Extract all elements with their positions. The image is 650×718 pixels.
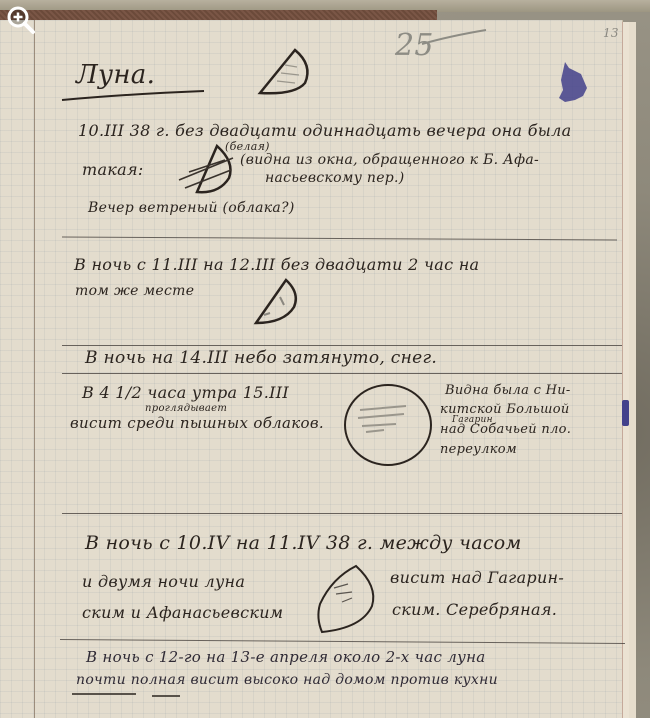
zoom-in-button[interactable]	[6, 5, 36, 35]
entry6-underlines	[70, 690, 180, 700]
entry1-line3: насьевскому пер.)	[265, 170, 405, 186]
full-moon-sketch	[338, 380, 438, 470]
page-margin-line	[34, 20, 35, 718]
entry1-line4: Вечер ветреный (облака?)	[88, 200, 295, 216]
entry1-line2-right: (видна из окна, обращенного к Б. Афа-	[240, 152, 539, 168]
entry2-line2: том же месте	[75, 283, 194, 299]
ink-blot	[555, 58, 595, 106]
page-right-edge	[622, 22, 629, 718]
half-moon-sketch-2	[250, 275, 300, 330]
blue-ink-mark	[622, 400, 629, 426]
entry4-line2: висит среди пышных облаков.	[70, 414, 324, 432]
entry-divider-2	[62, 345, 622, 346]
entry2-line1: В ночь с 11.III на 12.III без двадцати 2…	[74, 255, 479, 274]
entry4-side1: Видна была с Ни-	[445, 383, 571, 398]
gibbous-moon-sketch	[312, 562, 382, 637]
folio-number: 13	[603, 26, 619, 40]
crossed-moon-sketch	[175, 140, 237, 200]
entry-divider-4	[62, 513, 622, 514]
entry6-line2: почти полная висит высоко над домом прот…	[76, 672, 498, 688]
heading-underline	[58, 86, 208, 106]
entry3-line1: В ночь на 14.III небо затянуто, снег.	[85, 348, 437, 368]
entry1-line2-left: такая:	[82, 160, 144, 179]
entry5-line3-right: ским. Серебряная.	[392, 600, 557, 619]
entry4-side4: переулком	[440, 442, 517, 457]
entry4-insert: проглядывает	[145, 403, 227, 414]
zoom-in-magnifier-icon	[6, 5, 36, 35]
entry-divider-3	[62, 373, 622, 374]
entry5-line2-right: висит над Гагарин-	[390, 568, 564, 587]
entry5-line2-left: и двумя ночи луна	[82, 572, 245, 591]
entry4-line1: В 4 1/2 часа утра 15.III	[82, 383, 289, 402]
entry4-side3: над Собачьей пло.	[440, 422, 571, 437]
entry5-line3-left: ским и Афанасьевским	[82, 603, 283, 622]
half-moon-sketch-1	[255, 45, 315, 100]
entry6-line1: В ночь с 12-го на 13-е апреля около 2-х …	[86, 648, 486, 666]
entry1-line1: 10.III 38 г. без двадцати одиннадцать ве…	[78, 121, 571, 140]
page-number-underline	[420, 28, 490, 48]
entry5-line1: В ночь с 10.IV на 11.IV 38 г. между часо…	[85, 532, 522, 554]
